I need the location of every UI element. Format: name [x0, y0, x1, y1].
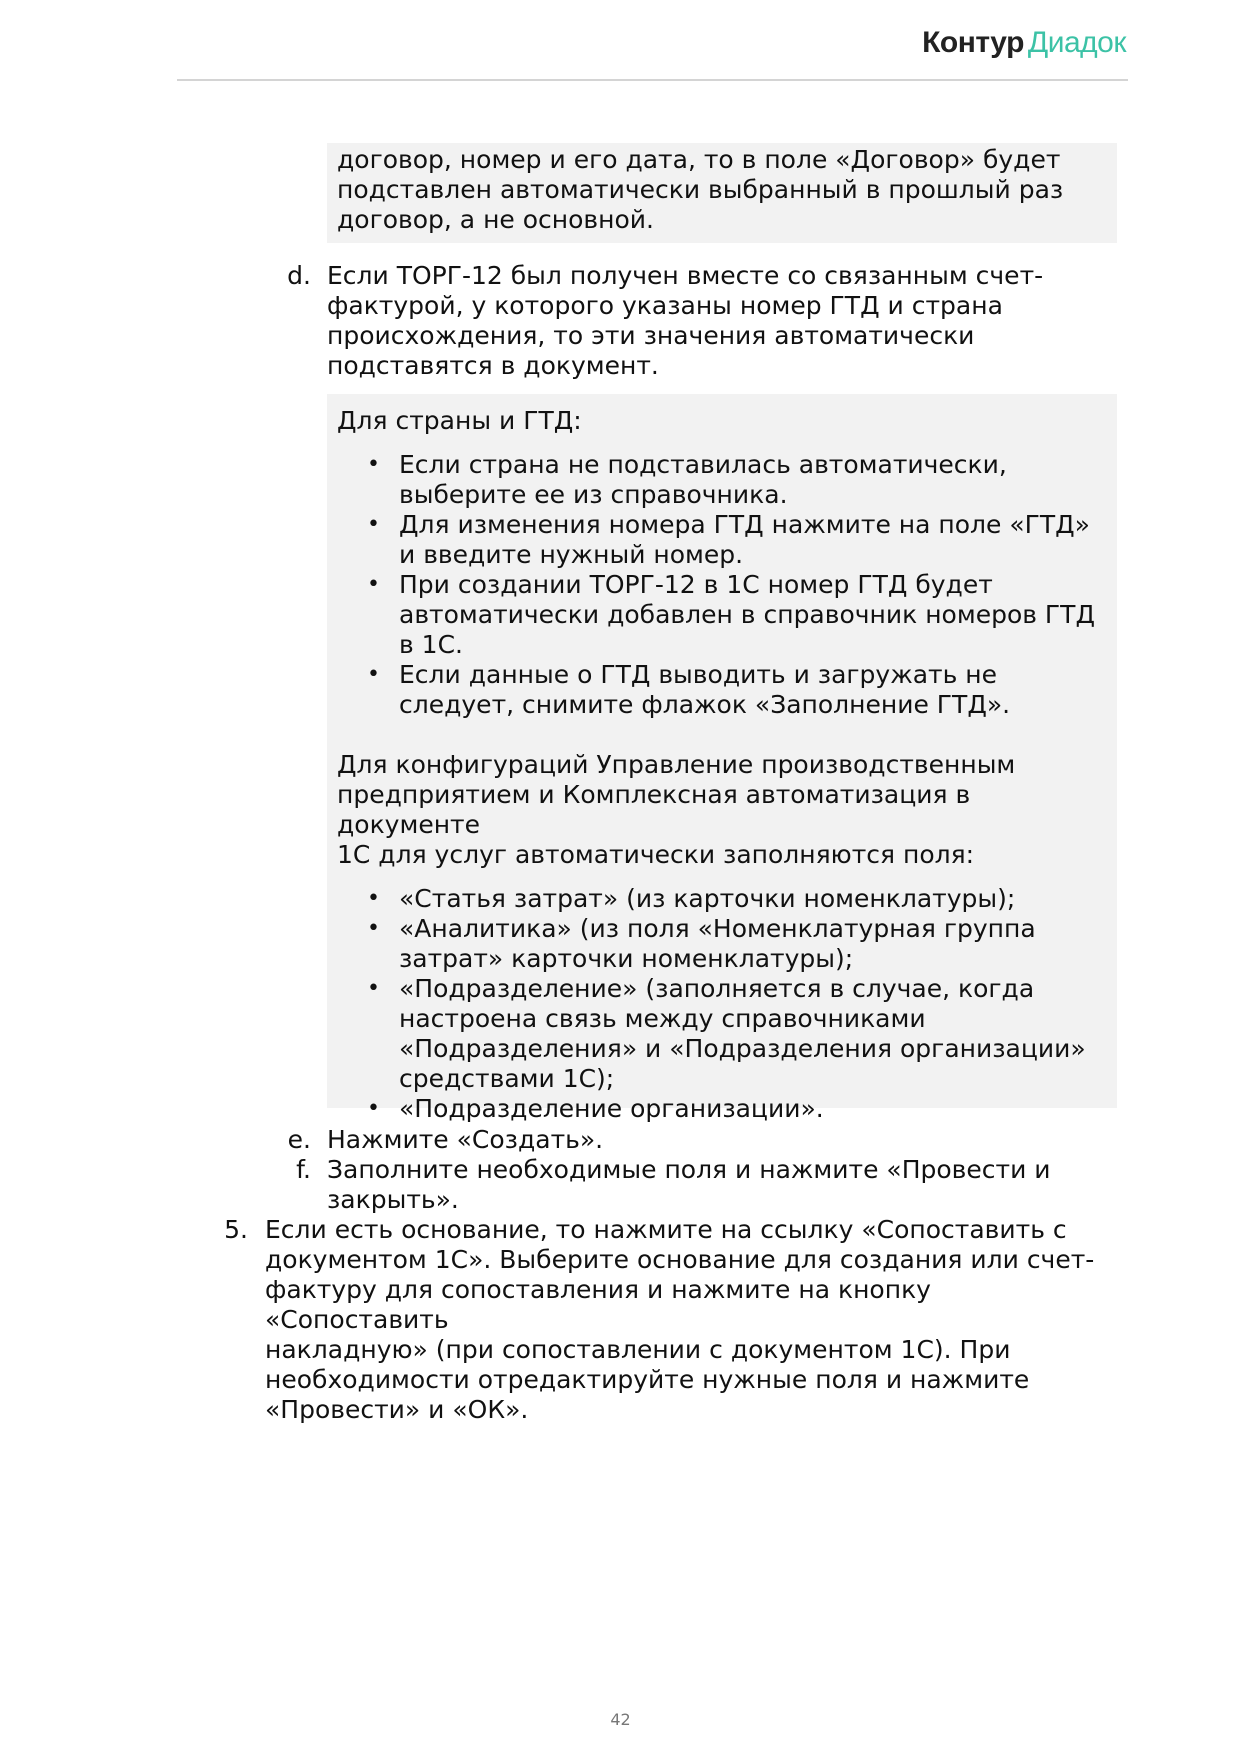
text-line: фактуру для сопоставления и нажмите на к… [265, 1275, 1115, 1335]
bullet-item: •При создании ТОРГ-12 в 1С номер ГТД буд… [399, 570, 1107, 660]
list-marker: e. [281, 1125, 311, 1155]
bullet-icon: • [367, 974, 380, 1004]
list-item-text: Если есть основание, то нажмите на ссылк… [265, 1215, 1115, 1425]
list-item-text: Заполните необходимые поля и нажмите «Пр… [327, 1155, 1087, 1215]
text-line: «Провести» и «ОК». [265, 1395, 1115, 1425]
list-item-text: Нажмите «Создать». [327, 1125, 1087, 1155]
note-line: договор, а не основной. [337, 205, 1107, 235]
text-line: Заполните необходимые поля и нажмите «Пр… [327, 1155, 1087, 1185]
bullet-icon: • [367, 1094, 380, 1124]
note-heading-configurations: Для конфигураций Управление производстве… [337, 750, 1107, 870]
text-line: необходимости отредактируйте нужные поля… [265, 1365, 1115, 1395]
bullet-icon: • [367, 884, 380, 914]
list-marker: d. [281, 261, 311, 291]
list-marker: 5. [218, 1215, 248, 1245]
bullet-item: •«Статья затрат» (из карточки номенклату… [399, 884, 1107, 914]
text-line: фактурой, у которого указаны номер ГТД и… [327, 291, 1087, 321]
bullet-icon: • [367, 660, 380, 690]
header-divider [177, 79, 1128, 81]
text-line: Если есть основание, то нажмите на ссылк… [265, 1215, 1115, 1245]
bullet-item: •«Подразделение» (заполняется в случае, … [399, 974, 1107, 1094]
text-line: документом 1С». Выберите основание для с… [265, 1245, 1115, 1275]
bullet-item: •«Подразделение организации». [399, 1094, 1107, 1124]
text-line: закрыть». [327, 1185, 1087, 1215]
text-line: происхождения, то эти значения автоматич… [327, 321, 1087, 351]
bullet-item: •Если данные о ГТД выводить и загружать … [399, 660, 1107, 720]
note-box-contract: договор, номер и его дата, то в поле «До… [327, 143, 1117, 243]
bullet-icon: • [367, 510, 380, 540]
text-line: Если ТОРГ-12 был получен вместе со связа… [327, 261, 1087, 291]
note-line: подставлен автоматически выбранный в про… [337, 175, 1107, 205]
page-number: 42 [0, 1710, 1241, 1729]
bullet-list-gtd: •Если страна не подставилась автоматичес… [337, 450, 1107, 720]
text-line: подставятся в документ. [327, 351, 1087, 381]
bullet-icon: • [367, 450, 380, 480]
note-heading-country-gtd: Для страны и ГТД: [337, 406, 1107, 436]
bullet-icon: • [367, 914, 380, 944]
logo-diadoc: Диадок [1028, 26, 1126, 59]
bullet-item: •Для изменения номера ГТД нажмите на пол… [399, 510, 1107, 570]
note-box-gtd: Для страны и ГТД: •Если страна не подста… [327, 394, 1117, 1108]
bullet-icon: • [367, 570, 380, 600]
logo-kontur: Контур [922, 26, 1024, 59]
bullet-list-fields: •«Статья затрат» (из карточки номенклату… [337, 884, 1107, 1124]
bullet-item: •«Аналитика» (из поля «Номенклатурная гр… [399, 914, 1107, 974]
bullet-item: •Если страна не подставилась автоматичес… [399, 450, 1107, 510]
list-marker: f. [281, 1155, 311, 1185]
list-item-text: Если ТОРГ-12 был получен вместе со связа… [327, 261, 1087, 381]
text-line: накладную» (при сопоставлении с документ… [265, 1335, 1115, 1365]
kontur-diadoc-logo: КонтурДиадок [922, 26, 1126, 60]
note-line: договор, номер и его дата, то в поле «До… [337, 145, 1107, 175]
